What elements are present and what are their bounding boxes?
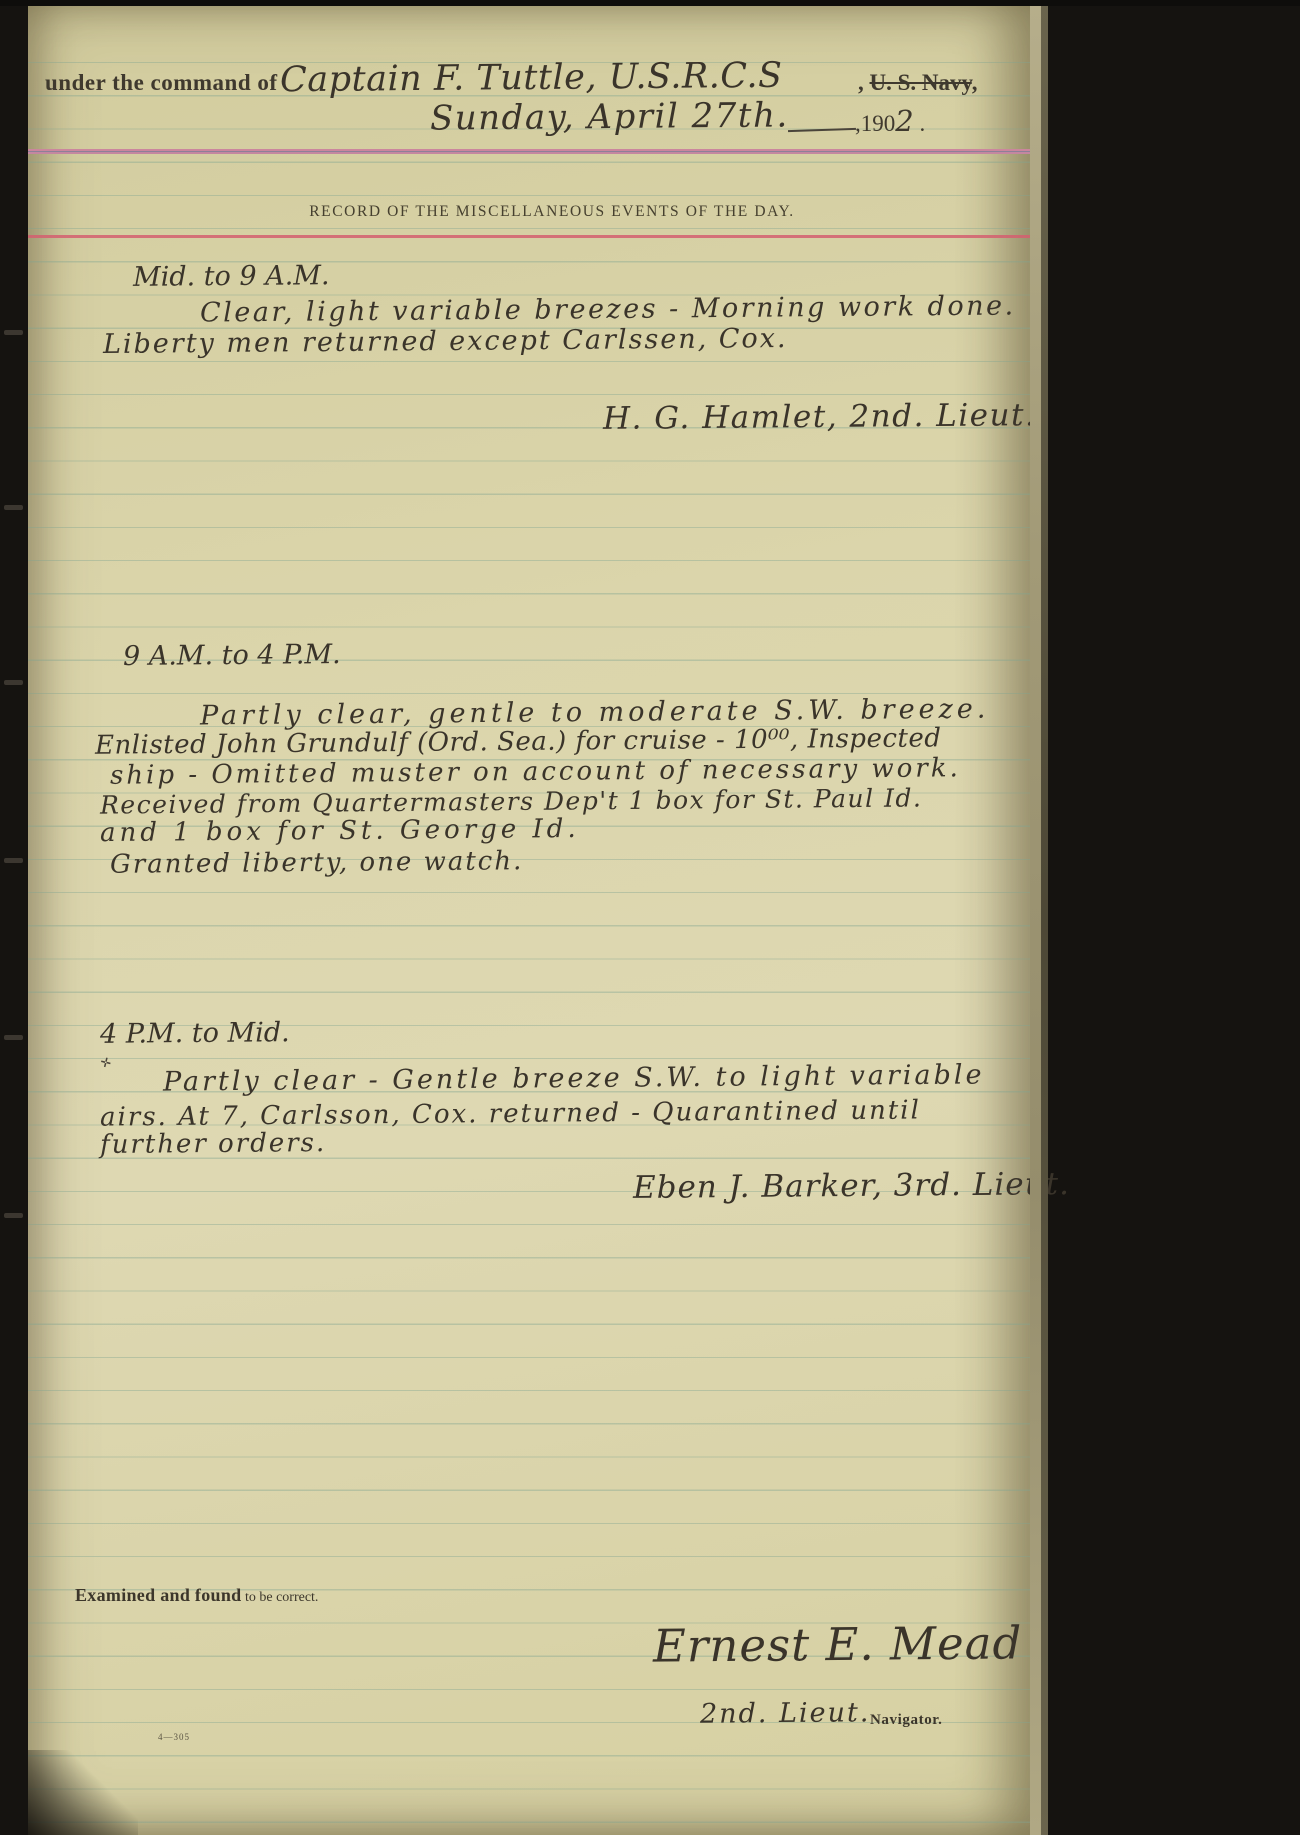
section-divider-rule	[28, 235, 1030, 238]
form-number: 4—305	[158, 1732, 190, 1742]
navigator-rank: 2nd. Lieut.	[700, 1697, 871, 1729]
entry-1-line: Liberty men returned except Carlssen, Co…	[103, 323, 788, 360]
binding-stitch	[4, 858, 23, 863]
examined-statement-rest: to be correct.	[241, 1590, 318, 1605]
entry-1-officer-signature: H. G. Hamlet, 2nd. Lieut.	[603, 397, 1037, 437]
entry-2-line: and 1 box for St. George Id.	[100, 814, 580, 848]
binding-corner-shadow	[28, 1750, 138, 1835]
binding-stitch	[4, 680, 23, 685]
page-stack-edge	[1030, 0, 1041, 1835]
scan-top-edge	[0, 0, 1300, 6]
navigator-label: Navigator.	[870, 1712, 943, 1729]
navy-prefix: ,	[858, 70, 870, 95]
entry-3-officer-signature: Eben J. Barker, 3rd. Lieut.	[633, 1166, 1070, 1206]
navy-label: , U. S. Navy,	[858, 70, 978, 96]
header-divider-rule	[28, 149, 1030, 154]
navy-struck-text: U. S. Navy	[870, 70, 972, 95]
binding-stitch	[4, 1213, 23, 1218]
examined-statement: Examined and found to be correct.	[75, 1585, 318, 1606]
logbook-page: under the command of Captain F. Tuttle, …	[28, 0, 1030, 1835]
examined-statement-bold: Examined and found	[75, 1585, 241, 1605]
section-title: RECORD OF THE MISCELLANEOUS EVENTS OF TH…	[28, 203, 1030, 221]
year-digit: 2	[895, 104, 913, 138]
entry-3-line: further orders.	[100, 1128, 326, 1160]
command-label: under the command of	[45, 70, 278, 96]
year-period: .	[914, 111, 926, 136]
entry-1-time-heading: Mid. to 9 A.M.	[133, 260, 330, 293]
binding-stitch	[4, 330, 23, 335]
navigator-signature: Ernest E. Mead	[653, 1616, 1023, 1672]
binding-stitch	[4, 505, 23, 510]
entry-2-line: Granted liberty, one watch.	[110, 846, 524, 880]
year-printed: ,190	[855, 111, 895, 136]
navy-suffix: ,	[972, 70, 978, 95]
binding-stitch	[4, 1035, 23, 1040]
commander-signature: Captain F. Tuttle, U.S.R.C.S	[280, 56, 783, 100]
page-stack-edge-shadow	[1041, 0, 1048, 1835]
date-handwritten: Sunday, April 27th.	[430, 95, 789, 138]
year-label: ,1902 .	[855, 104, 925, 138]
entry-2-time-heading: 9 A.M. to 4 P.M.	[123, 639, 341, 672]
entry-3-time-heading: 4 P.M. to Mid.	[100, 1017, 290, 1050]
